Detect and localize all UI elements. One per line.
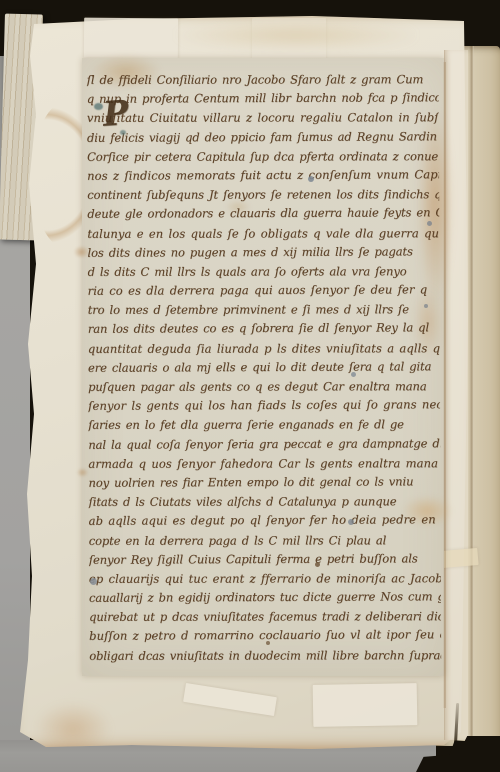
leaf-fold-edge: [444, 50, 468, 740]
ink-speck: [308, 176, 314, 182]
sheet-crease: [443, 62, 446, 708]
manuscript-line: cauallarij z bn egidij ordinators tuc di…: [89, 587, 441, 608]
manuscript-line: q nup in proferta Centum mill libr barch…: [87, 88, 439, 109]
manuscript-photo: ſl de ffideli Conſiliario nro Jacobo Sfa…: [0, 0, 500, 772]
ink-speck: [120, 130, 126, 135]
ink-speck: [351, 372, 356, 377]
manuscript-line: tro lo mes d ſetembre primvinent e ſi me…: [88, 300, 440, 320]
ink-speck: [266, 641, 270, 645]
manuscript-line: diu felicis viagij qd deo ppicio fam ſum…: [87, 127, 439, 148]
manuscript-line: quantitat deguda ſia liurada p ls dites …: [88, 339, 440, 359]
manuscript-line: noy uolrien res fiar Enten empo lo dit g…: [88, 472, 440, 493]
manuscript-line: ere clauaris o ala mj ells e qui lo dit …: [88, 357, 440, 378]
tape-patch: [313, 683, 418, 727]
manuscript-line: ſaries en lo fet dla guerra ſerie engana…: [88, 416, 440, 436]
manuscript-line: ſl de ffideli Conſiliario nro Jacobo Sfa…: [87, 70, 439, 90]
manuscript-line: los dits dines no pugen a mes d xij mili…: [87, 242, 439, 263]
ink-speck: [427, 221, 432, 226]
manuscript-line: talunya e en los quals ſe ſo obligats q …: [87, 224, 439, 244]
manuscript-line: armada q uos ſenyor fahedora Car ls gent…: [88, 454, 440, 474]
ink-speck: [90, 578, 97, 585]
manuscript-line: Corſice pir cetera Capitula ſup dca pfer…: [87, 147, 439, 167]
manuscript-line: ria co es dla derrera paga qui auos ſeny…: [88, 280, 440, 301]
manuscript-line: copte en la derrera paga d ls C mil llrs…: [89, 531, 441, 551]
tape-patch: [84, 18, 178, 59]
manuscript-text-block: ſl de ffideli Conſiliario nro Jacobo Sfa…: [87, 69, 442, 667]
manuscript-line: ran los dits deutes co es q ſobrera ſie …: [88, 319, 440, 340]
manuscript-line: vniuſitatu Ciuitatu villaru z locoru reg…: [87, 109, 439, 129]
manuscript-line: quirebat ut p dcas vniuſitates facemus t…: [89, 607, 441, 627]
manuscript-line: deute gle ordonadors e clauaris dla guer…: [87, 204, 439, 225]
ink-speck: [424, 304, 428, 308]
manuscript-line: nal la qual coſa ſenyor ſeria gra peccat…: [88, 434, 440, 455]
decorated-initial: P: [102, 93, 130, 135]
manuscript-line: ſitats d ls Ciutats viles alſchs d Catal…: [89, 492, 441, 512]
manuscript-line: puſquen pagar als gents co q es degut Ca…: [88, 377, 440, 397]
book-edge-highlight: [430, 6, 470, 12]
manuscript-line: obligari dcas vniuſitats in duodecim mil…: [89, 646, 441, 666]
ink-speck: [348, 519, 354, 525]
manuscript-line: d ls dits C mil llrs ls quals ara ſo ofe…: [88, 262, 440, 282]
manuscript-line: ſenyor Rey ſigill Cuius Capituli ferma e…: [89, 549, 441, 570]
manuscript-line: continent ſubſequns Jt ſenyors ſe retene…: [87, 185, 439, 205]
manuscript-line: ſenyor ls gents qui los han fiads ls coſ…: [88, 395, 440, 416]
ink-speck: [315, 562, 320, 567]
page-crease: [469, 46, 474, 746]
manuscript-line: ab aqlls aqui es degut po ql ſenyor fer …: [89, 511, 441, 532]
ink-speck: [94, 103, 103, 110]
manuscript-line: ep clauarijs qui tuc erant z fferrario d…: [89, 569, 441, 589]
manuscript-line: nos z ſindicos memorats fuit actu z conſ…: [87, 165, 439, 186]
